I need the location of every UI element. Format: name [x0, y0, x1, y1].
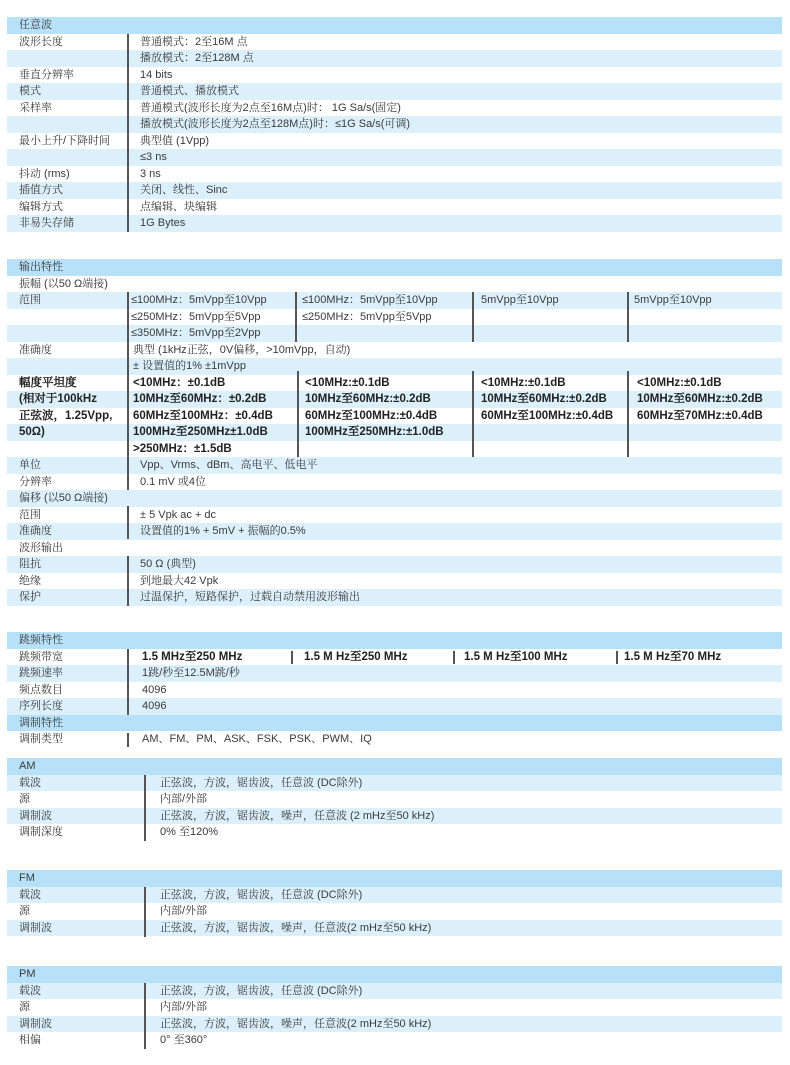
spec-row: 插值方式关闭、线性、Sinc [7, 182, 782, 199]
spec-label: 载波 [19, 983, 41, 1000]
spec-label: 载波 [19, 775, 41, 792]
flatness-value: >250MHz：±1.5dB [133, 441, 232, 458]
spec-label: 源 [19, 791, 30, 808]
flatness-row: >250MHz：±1.5dB [7, 441, 782, 458]
sub-heading-row: 偏移 (以50 Ω端接) [7, 490, 782, 507]
spec-label: 频点数目 [19, 682, 63, 699]
spec-value: 3 ns [140, 166, 161, 183]
spec-value: 播放模式(波形长度为2点至128M点)时：≤1G Sa/s(可调) [140, 116, 410, 133]
flatness-value: 60MHz至100MHz:±0.4dB [305, 408, 437, 425]
spec-label: 正弦波，1.25Vpp, [19, 408, 112, 425]
flatness-value: 60MHz至100MHz:±0.4dB [481, 408, 613, 425]
spec-row: 调制类型AM、FM、PM、ASK、FSK、PSK、PWM、IQ [7, 731, 782, 748]
section-header: FM [7, 870, 782, 887]
column-divider [297, 371, 299, 457]
column-divider [127, 556, 129, 606]
spec-value: ± 5 Vpk ac + dc [140, 507, 216, 524]
column-divider [144, 775, 146, 841]
spec-label: 保护 [19, 589, 41, 606]
flatness-value: 10MHz至60MHz:±0.2dB [305, 391, 431, 408]
spec-row: 载波正弦波，方波，锯齿波，任意波 (DC除外) [7, 983, 782, 1000]
spec-label: 单位 [19, 457, 41, 474]
column-divider [453, 651, 455, 664]
flatness-value: <10MHz:±0.1dB [305, 375, 390, 392]
spec-row: 抖动 (rms)3 ns [7, 166, 782, 183]
spec-row: 单位Vpp、Vrms、dBm、高电平、低电平 [7, 457, 782, 474]
spec-value: 设置值的1% + 5mV + 振幅的0.5% [140, 523, 306, 540]
range-value: ≤250MHz：5mVpp至5Vpp [302, 309, 432, 326]
section-header: 输出特性 [7, 259, 782, 276]
spec-label: 载波 [19, 887, 41, 904]
spec-value: 过温保护，短路保护，过载自动禁用波形输出 [140, 589, 360, 606]
section-header: 任意波 [7, 17, 782, 34]
spec-value: 1G Bytes [140, 215, 185, 232]
spec-row: 跳频带宽 1.5 MHz至250 MHz 1.5 M Hz至250 MHz 1.… [7, 649, 782, 666]
section-title: 任意波 [19, 17, 52, 34]
spec-value: ± 设置值的1% ±1mVpp [133, 358, 246, 375]
section-title: AM [19, 758, 36, 775]
spec-row: 垂直分辨率14 bits [7, 67, 782, 84]
spec-row: ≤3 ns [7, 149, 782, 166]
spec-row: 编辑方式点编辑、块编辑 [7, 199, 782, 216]
spec-value: ≤3 ns [140, 149, 167, 166]
flatness-value: 10MHz至60MHz:±0.2dB [481, 391, 607, 408]
flatness-value: 60MHz至70MHz:±0.4dB [637, 408, 763, 425]
section-header: PM [7, 966, 782, 983]
flatness-value: <10MHz:±0.1dB [637, 375, 722, 392]
spec-value: 正弦波，方波，锯齿波，噪声，任意波(2 mHz至50 kHz) [160, 1016, 431, 1033]
spec-label: 波形长度 [19, 34, 63, 51]
spec-label: 垂直分辨率 [19, 67, 74, 84]
spec-label: 跳频速率 [19, 665, 63, 682]
hopping-section: 跳频特性 跳频带宽 1.5 MHz至250 MHz 1.5 M Hz至250 M… [7, 632, 782, 748]
spec-label: 阻抗 [19, 556, 41, 573]
spec-row: 调制波正弦波，方波，锯齿波，噪声，任意波(2 mHz至50 kHz) [7, 1016, 782, 1033]
spec-row: 保护过温保护，短路保护，过载自动禁用波形输出 [7, 589, 782, 606]
spec-label: 调制深度 [19, 824, 63, 841]
range-value: 5mVpp至10Vpp [481, 292, 559, 309]
flatness-row: 幅度平坦度 <10MHz：±0.1dB <10MHz:±0.1dB <10MHz… [7, 375, 782, 392]
spec-value: 普通模式(波形长度为2点至16M点)时： 1G Sa/s(固定) [140, 100, 401, 117]
spec-value: 4096 [142, 682, 166, 699]
spec-value: 普通模式、播放模式 [140, 83, 239, 100]
spec-value: 普通模式：2至16M 点 [140, 34, 248, 51]
spec-label: 准确度 [19, 523, 52, 540]
spec-label: 源 [19, 903, 30, 920]
flatness-value: 100MHz至250MHz±1.0dB [133, 424, 268, 441]
sub-heading: 波形输出 [19, 540, 63, 557]
spec-row: ≤350MHz：5mVpp至2Vpp [7, 325, 782, 342]
spec-label: 采样率 [19, 100, 52, 117]
arbitrary-waveform-section: 任意波 波形长度普通模式：2至16M 点 播放模式：2至128M 点 垂直分辨率… [7, 17, 782, 232]
range-value: ≤100MHz：5mVpp至10Vpp [302, 292, 438, 309]
spec-row: 载波正弦波，方波，锯齿波，任意波 (DC除外) [7, 887, 782, 904]
spec-label: 最小上升/下降时间 [19, 133, 110, 150]
spec-value: AM、FM、PM、ASK、FSK、PSK、PWM、IQ [142, 731, 372, 748]
column-divider [127, 292, 129, 342]
column-divider [127, 342, 129, 457]
spec-value: 内部/外部 [160, 903, 207, 920]
column-divider [144, 887, 146, 937]
spec-value: 典型值 (1Vpp) [140, 133, 209, 150]
range-value: ≤250MHz：5mVpp至5Vpp [131, 309, 261, 326]
spec-value: 内部/外部 [160, 791, 207, 808]
spec-row: 源内部/外部 [7, 791, 782, 808]
spec-label: 源 [19, 999, 30, 1016]
flatness-row: 正弦波，1.25Vpp, 60MHz至100MHz：±0.4dB 60MHz至1… [7, 408, 782, 425]
spec-row: 范围 ≤100MHz：5mVpp至10Vpp ≤100MHz：5mVpp至10V… [7, 292, 782, 309]
spec-label: 调制波 [19, 920, 52, 937]
section-title: 输出特性 [19, 259, 63, 276]
spec-label: 调制波 [19, 1016, 52, 1033]
spec-label: 绝缘 [19, 573, 41, 590]
spec-row: 播放模式(波形长度为2点至128M点)时：≤1G Sa/s(可调) [7, 116, 782, 133]
bandwidth-value: 1.5 M Hz至70 MHz [624, 649, 721, 666]
spec-row: 频点数目4096 [7, 682, 782, 699]
range-value: ≤350MHz：5mVpp至2Vpp [131, 325, 261, 342]
spec-row: 序列长度4096 [7, 698, 782, 715]
spec-value: 点编辑、块编辑 [140, 199, 217, 216]
spec-row: 分辨率0.1 mV 或4位 [7, 474, 782, 491]
column-divider [127, 457, 129, 490]
spec-value: 正弦波，方波，锯齿波，任意波 (DC除外) [160, 775, 362, 792]
section-header: 跳频特性 [7, 632, 782, 649]
sub-heading-row: 波形输出 [7, 540, 782, 557]
column-divider [627, 371, 629, 457]
spec-label: 范围 [19, 292, 41, 309]
spec-value: 0° 至360° [160, 1032, 207, 1049]
sub-heading: 振幅 (以50 Ω端接) [19, 276, 108, 293]
spec-label: 相偏 [19, 1032, 41, 1049]
spec-label: 调制波 [19, 808, 52, 825]
column-divider [127, 506, 129, 539]
section-title: 跳频特性 [19, 632, 63, 649]
spec-value: 到地最大42 Vpk [140, 573, 218, 590]
column-divider [627, 292, 629, 342]
spec-row: 播放模式：2至128M 点 [7, 50, 782, 67]
section-title: 调制特性 [19, 715, 63, 732]
spec-value: 内部/外部 [160, 999, 207, 1016]
flatness-value: <10MHz:±0.1dB [481, 375, 566, 392]
spec-row: 源内部/外部 [7, 903, 782, 920]
spec-label: 准确度 [19, 342, 52, 359]
column-divider [295, 292, 297, 342]
section-header: AM [7, 758, 782, 775]
spec-row: ≤250MHz：5mVpp至5Vpp ≤250MHz：5mVpp至5Vpp [7, 309, 782, 326]
sub-heading-row: 振幅 (以50 Ω端接) [7, 276, 782, 293]
spec-value: 正弦波，方波，锯齿波，噪声，任意波(2 mHz至50 kHz) [160, 920, 431, 937]
spec-value: Vpp、Vrms、dBm、高电平、低电平 [140, 457, 317, 474]
am-section: AM 载波正弦波，方波，锯齿波，任意波 (DC除外) 源内部/外部 调制波正弦波… [7, 758, 782, 841]
spec-row: 最小上升/下降时间典型值 (1Vpp) [7, 133, 782, 150]
spec-label: 调制类型 [19, 731, 63, 748]
spec-label: 序列长度 [19, 698, 63, 715]
flatness-row: 50Ω) 100MHz至250MHz±1.0dB 100MHz至250MHz:±… [7, 424, 782, 441]
spec-label: 模式 [19, 83, 41, 100]
spec-row: 准确度典型 (1kHz正弦，0V偏移，>10mVpp，自动) [7, 342, 782, 359]
range-value: 5mVpp至10Vpp [634, 292, 712, 309]
spec-row: 跳频速率1跳/秒至12.5M跳/秒 [7, 665, 782, 682]
flatness-value: 100MHz至250MHz:±1.0dB [305, 424, 444, 441]
column-divider [127, 649, 129, 715]
spec-row: 源内部/外部 [7, 999, 782, 1016]
spec-row: 采样率普通模式(波形长度为2点至16M点)时： 1G Sa/s(固定) [7, 100, 782, 117]
spec-row: 波形长度普通模式：2至16M 点 [7, 34, 782, 51]
flatness-value: <10MHz：±0.1dB [133, 375, 225, 392]
bandwidth-value: 1.5 MHz至250 MHz [142, 649, 242, 666]
output-section: 输出特性 振幅 (以50 Ω端接) 范围 ≤100MHz：5mVpp至10Vpp… [7, 259, 782, 606]
spec-value: 正弦波，方波，锯齿波，任意波 (DC除外) [160, 983, 362, 1000]
flatness-row: (相对于100kHz 10MHz至60MHz：±0.2dB 10MHz至60MH… [7, 391, 782, 408]
spec-value: 典型 (1kHz正弦，0V偏移，>10mVpp，自动) [133, 342, 350, 359]
spec-label: 范围 [19, 507, 41, 524]
spec-label: 插值方式 [19, 182, 63, 199]
section-title: PM [19, 966, 36, 983]
spec-value: 正弦波，方波，锯齿波，任意波 (DC除外) [160, 887, 362, 904]
spec-row: 调制深度0% 至120% [7, 824, 782, 841]
spec-label: 非易失存储 [19, 215, 74, 232]
spec-value: 50 Ω (典型) [140, 556, 196, 573]
spec-label: 抖动 (rms) [19, 166, 70, 183]
spec-row: 非易失存储1G Bytes [7, 215, 782, 232]
spec-value: 0% 至120% [160, 824, 218, 841]
column-divider [291, 651, 293, 664]
spec-value: 4096 [142, 698, 166, 715]
spec-label: 幅度平坦度 [19, 375, 77, 392]
spec-row: 载波正弦波，方波，锯齿波，任意波 (DC除外) [7, 775, 782, 792]
column-divider [144, 983, 146, 1049]
pm-section: PM 载波正弦波，方波，锯齿波，任意波 (DC除外) 源内部/外部 调制波正弦波… [7, 966, 782, 1049]
spec-value: 1跳/秒至12.5M跳/秒 [142, 665, 240, 682]
flatness-value: 10MHz至60MHz：±0.2dB [133, 391, 266, 408]
bandwidth-value: 1.5 M Hz至100 MHz [464, 649, 568, 666]
spec-label: 50Ω) [19, 424, 45, 441]
spec-row: 绝缘到地最大42 Vpk [7, 573, 782, 590]
spec-label: (相对于100kHz [19, 391, 97, 408]
section-title: FM [19, 870, 35, 887]
spec-row: 模式普通模式、播放模式 [7, 83, 782, 100]
column-divider [616, 651, 618, 664]
column-divider [472, 371, 474, 457]
bandwidth-value: 1.5 M Hz至250 MHz [304, 649, 408, 666]
sub-heading: 偏移 (以50 Ω端接) [19, 490, 108, 507]
column-divider [127, 733, 129, 747]
spec-value: 播放模式：2至128M 点 [140, 50, 254, 67]
column-divider [127, 34, 129, 232]
flatness-value: 60MHz至100MHz：±0.4dB [133, 408, 273, 425]
spec-value: 14 bits [140, 67, 172, 84]
column-divider [472, 292, 474, 342]
spec-row: 调制波正弦波，方波，锯齿波，噪声，任意波 (2 mHz至50 kHz) [7, 808, 782, 825]
spec-row: 阻抗50 Ω (典型) [7, 556, 782, 573]
spec-row: 范围± 5 Vpk ac + dc [7, 507, 782, 524]
spec-label: 跳频带宽 [19, 649, 63, 666]
flatness-value: 10MHz至60MHz:±0.2dB [637, 391, 763, 408]
spec-value: 正弦波，方波，锯齿波，噪声，任意波 (2 mHz至50 kHz) [160, 808, 434, 825]
spec-row: 相偏0° 至360° [7, 1032, 782, 1049]
range-value: ≤100MHz：5mVpp至10Vpp [131, 292, 267, 309]
spec-row: 调制波正弦波，方波，锯齿波，噪声，任意波(2 mHz至50 kHz) [7, 920, 782, 937]
spec-value: 0.1 mV 或4位 [140, 474, 206, 491]
spec-label: 编辑方式 [19, 199, 63, 216]
spec-row: 准确度设置值的1% + 5mV + 振幅的0.5% [7, 523, 782, 540]
spec-row: ± 设置值的1% ±1mVpp [7, 358, 782, 375]
fm-section: FM 载波正弦波，方波，锯齿波，任意波 (DC除外) 源内部/外部 调制波正弦波… [7, 870, 782, 936]
spec-value: 关闭、线性、Sinc [140, 182, 227, 199]
section-header: 调制特性 [7, 715, 782, 732]
spec-label: 分辨率 [19, 474, 52, 491]
